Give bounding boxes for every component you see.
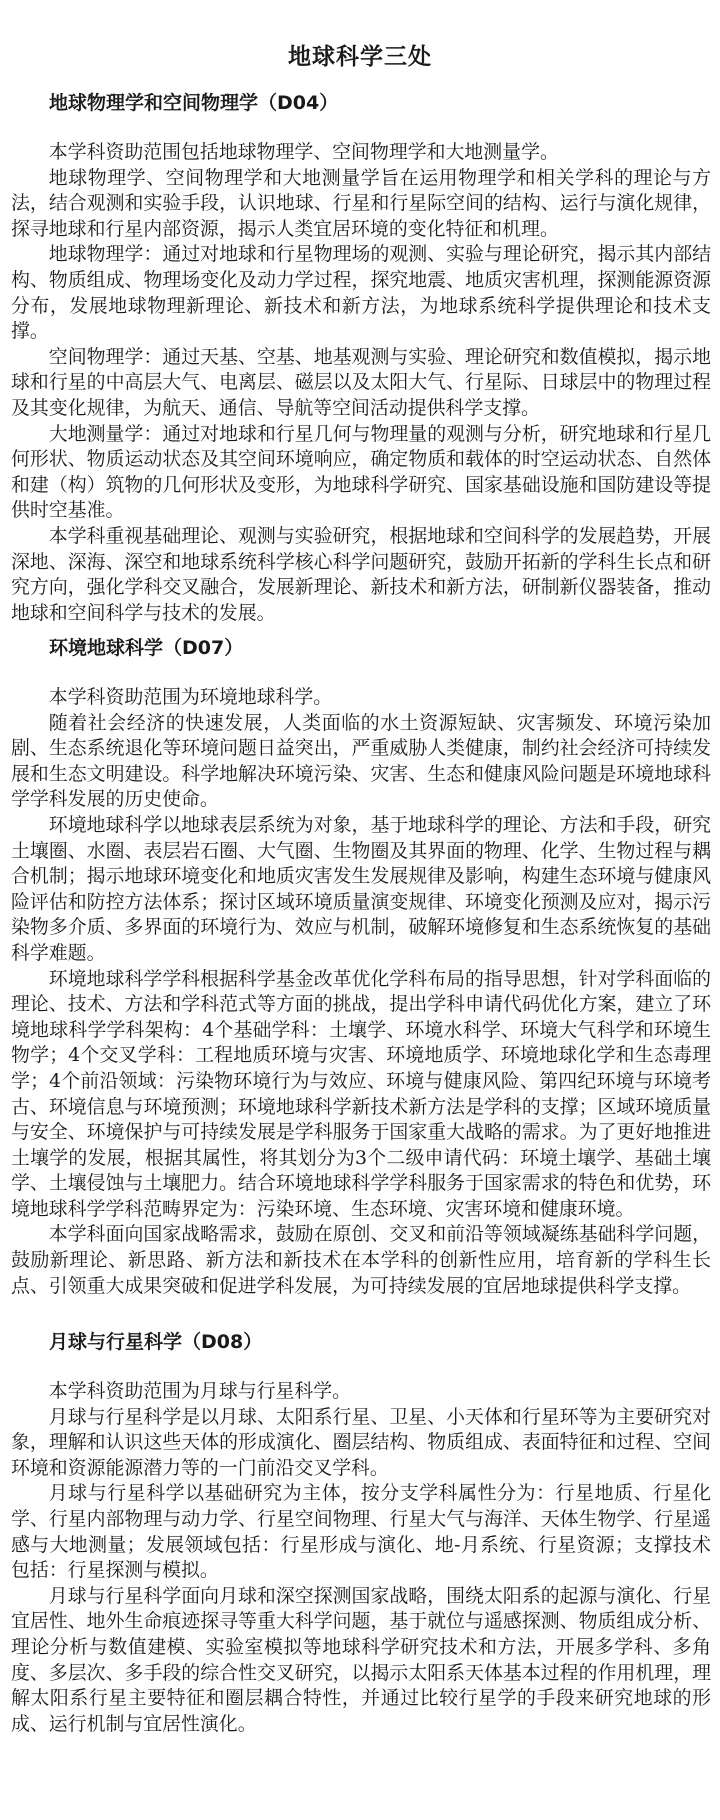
page-title: 地球科学三处	[0, 38, 720, 71]
paragraph: 地球物理学、空间物理学和大地测量学旨在运用物理学和相关学科的理论与方法，结合观测…	[11, 166, 711, 243]
paragraph: 月球与行星科学以基础研究为主体，按分支学科属性分为：行星地质、行星化学、行星内部…	[11, 1481, 711, 1583]
section-d07: 环境地球科学（D07） 本学科资助范围为环境地球科学。 随着社会经济的快速发展，…	[11, 633, 711, 1299]
section-body-d04: 本学科资助范围包括地球物理学、空间物理学和大地测量学。 地球物理学、空间物理学和…	[11, 140, 711, 626]
section-heading-d07: 环境地球科学（D07）	[49, 633, 711, 663]
paragraph: 本学科资助范围为月球与行星科学。	[11, 1379, 711, 1405]
section-heading-d04: 地球物理学和空间物理学（D04）	[49, 88, 711, 118]
paragraph: 月球与行星科学面向月球和深空探测国家战略，围绕太阳系的起源与演化、行星宜居性、地…	[11, 1584, 711, 1738]
paragraph: 地球物理学：通过对地球和行星物理场的观测、实验与理论研究，揭示其内部结构、物质组…	[11, 242, 711, 344]
paragraph: 环境地球科学学科根据科学基金改革优化学科布局的指导思想，针对学科面临的理论、技术…	[11, 967, 711, 1223]
paragraph: 大地测量学：通过对地球和行星几何与物理量的观测与分析，研究地球和行星几何形状、物…	[11, 422, 711, 524]
paragraph: 环境地球科学以地球表层系统为对象，基于地球科学的理论、方法和手段，研究土壤圈、水…	[11, 813, 711, 967]
paragraph: 月球与行星科学是以月球、太阳系行星、卫星、小天体和行星环等为主要研究对象，理解和…	[11, 1405, 711, 1482]
section-body-d07: 本学科资助范围为环境地球科学。 随着社会经济的快速发展，人类面临的水土资源短缺、…	[11, 685, 711, 1299]
paragraph: 本学科资助范围包括地球物理学、空间物理学和大地测量学。	[11, 140, 711, 166]
section-d08: 月球与行星科学（D08） 本学科资助范围为月球与行星科学。 月球与行星科学是以月…	[11, 1327, 711, 1737]
paragraph: 随着社会经济的快速发展，人类面临的水土资源短缺、灾害频发、环境污染加剧、生态系统…	[11, 711, 711, 813]
section-body-d08: 本学科资助范围为月球与行星科学。 月球与行星科学是以月球、太阳系行星、卫星、小天…	[11, 1379, 711, 1737]
paragraph: 本学科重视基础理论、观测与实验研究，根据地球和空间科学的发展趋势，开展深地、深海…	[11, 524, 711, 626]
section-d04: 地球物理学和空间物理学（D04） 本学科资助范围包括地球物理学、空间物理学和大地…	[11, 88, 711, 626]
section-heading-d08: 月球与行星科学（D08）	[49, 1327, 711, 1357]
paragraph: 本学科面向国家战略需求，鼓励在原创、交叉和前沿等领域凝练基础科学问题，鼓励新理论…	[11, 1222, 711, 1299]
paragraph: 本学科资助范围为环境地球科学。	[11, 685, 711, 711]
paragraph: 空间物理学：通过天基、空基、地基观测与实验、理论研究和数值模拟，揭示地球和行星的…	[11, 345, 711, 422]
